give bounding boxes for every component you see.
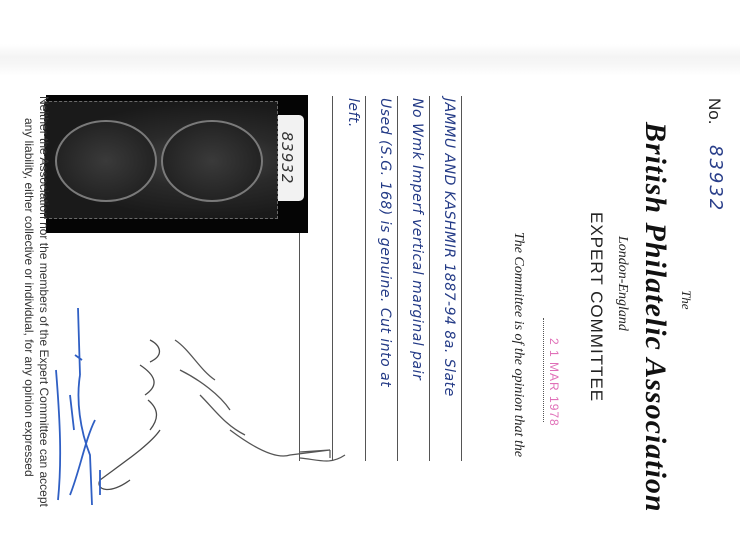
- opinion-line: Used (S.G. 168) is genuine. Cut into at: [377, 98, 393, 387]
- opinion-line: left.: [345, 98, 361, 128]
- title-article: The: [678, 290, 694, 310]
- ruled-line: [461, 96, 462, 461]
- opinion-intro: The Committee is of the opinion that the: [510, 232, 526, 457]
- stamp-upper-oval: [161, 120, 263, 202]
- certificate-number: 83932: [705, 145, 726, 212]
- date-stamp: 2 1 MAR 1978: [547, 338, 561, 427]
- ruled-line: [332, 96, 333, 461]
- opinion-line: JAMMU AND KASHMIR 1887-94 8a. Slate: [441, 98, 457, 397]
- stamp-photograph: 83932: [46, 95, 308, 233]
- opinion-line: No Wmk Imperf vertical marginal pair: [409, 98, 425, 380]
- stamp-lower-oval: [55, 120, 157, 202]
- ruled-line: [397, 96, 398, 461]
- ruled-line: [365, 96, 366, 461]
- organisation-location: London-England: [614, 236, 630, 331]
- ruled-line: [429, 96, 430, 461]
- organisation-title: British Philatelic Association: [638, 122, 672, 513]
- disclaimer-line-2: any liability, either collective or indi…: [22, 118, 36, 477]
- certificate-page: No. 83932 The British Philatelic Associa…: [0, 0, 740, 557]
- committee-heading: EXPERT COMMITTEE: [586, 212, 606, 402]
- disclaimer-line-1: Neither the Association nor the members …: [37, 96, 51, 507]
- certificate-number-label: No.: [704, 98, 724, 124]
- stamp-pair-image: [44, 101, 278, 219]
- date-line: [543, 318, 544, 422]
